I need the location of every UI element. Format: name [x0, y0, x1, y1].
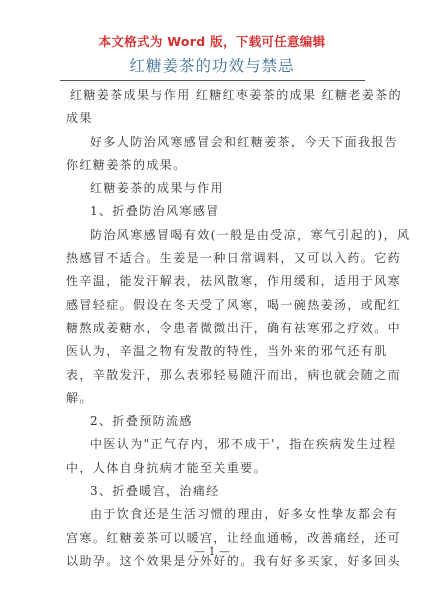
- section-heading-3: 3、折叠暖宫，治痛经: [66, 480, 362, 503]
- body-line: 热感冒不适合。生姜是一种日常调料，又可以入药。它药: [66, 247, 362, 270]
- section-heading-2: 2、折叠预防流感: [66, 410, 362, 433]
- body-line: 成果: [66, 107, 362, 130]
- body-line: 你红糖姜茶的成果。: [66, 154, 362, 177]
- body-line: 中医认为"正气存内，邪不成干'，指在疾病发生过程: [66, 433, 362, 456]
- document-title: 红糖姜茶的功效与禁忌: [0, 54, 424, 76]
- body-line: 糖熬成姜糖水，令患者微微出汗，确有祛寒邪之疗效。中: [66, 317, 362, 340]
- body-line: 好多人防治风寒感冒会和红糖姜茶，今天下面我报告: [66, 131, 362, 154]
- word-format-banner: 本文格式为 Word 版，下载可任意编辑: [0, 32, 424, 50]
- section-subtitle: 红糖姜茶的成果与作用: [66, 177, 362, 200]
- header-divider: [60, 80, 365, 81]
- document-body: 红糖姜茶成果与作用 红糖红枣姜茶的成果 红糖老姜茶的 成果 好多人防治风寒感冒会…: [66, 84, 362, 573]
- body-line: 防治风寒感冒喝有效(一般是由受凉，寒气引起的)，风: [66, 224, 362, 247]
- body-line: 中，人体自身抗病才能至关重要。: [66, 457, 362, 480]
- body-line: 性辛温，能发汗解表，祛风散寒，作用缓和，适用于风寒: [66, 270, 362, 293]
- body-line: 红糖姜茶成果与作用 红糖红枣姜茶的成果 红糖老姜茶的: [66, 84, 362, 107]
- body-line: 由于饮食还是生活习惯的理由，好多女性挚友都会有: [66, 503, 362, 526]
- body-line: 感冒轻症。假设在冬天受了风寒，喝一碗热姜汤，或配红: [66, 294, 362, 317]
- page-number: — 1 —: [0, 545, 424, 558]
- section-heading-1: 1、折叠防治风寒感冒: [66, 200, 362, 223]
- body-line: 解。: [66, 387, 362, 410]
- body-line: 表，辛散发汗，那么表邪轻易随汗而出，病也就会随之而: [66, 364, 362, 387]
- body-line: 医认为，辛温之物有发散的特性，当外来的邪气还有肌: [66, 340, 362, 363]
